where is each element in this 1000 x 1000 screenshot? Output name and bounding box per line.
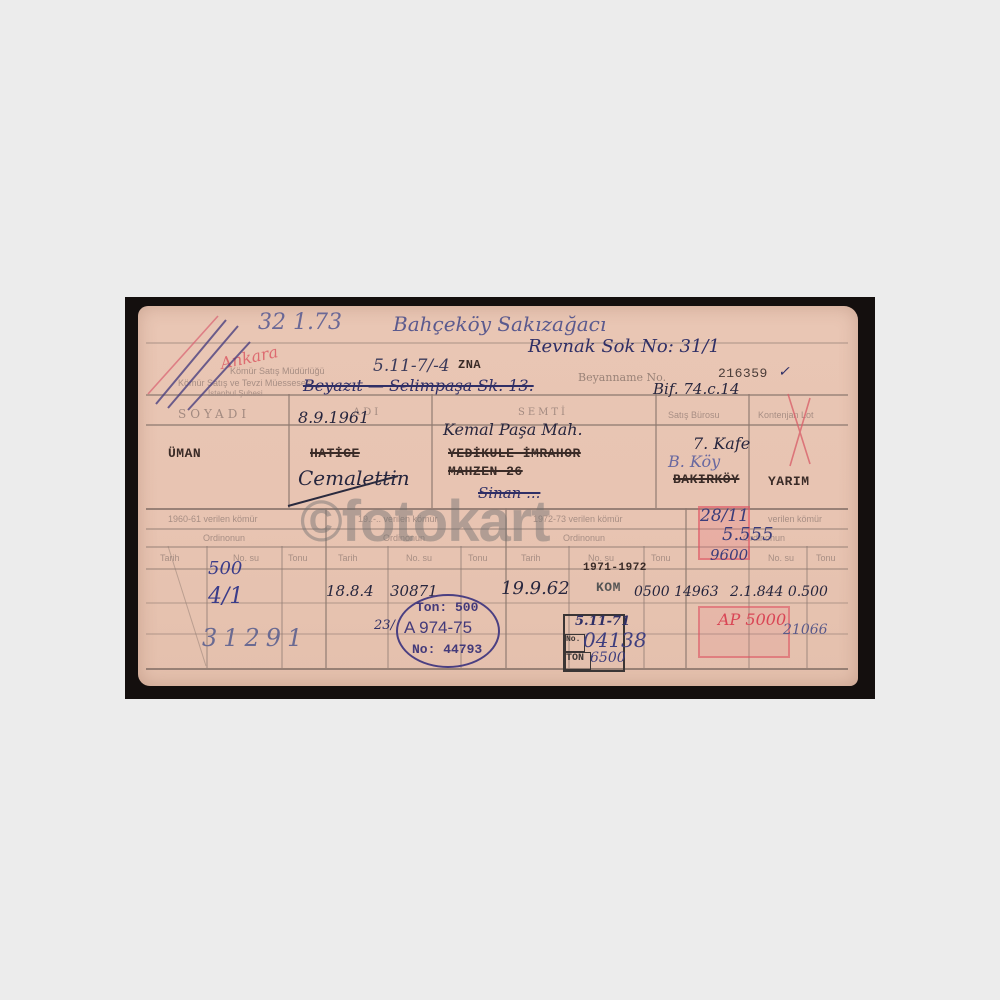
watermark: ©fotokart [300,488,550,555]
